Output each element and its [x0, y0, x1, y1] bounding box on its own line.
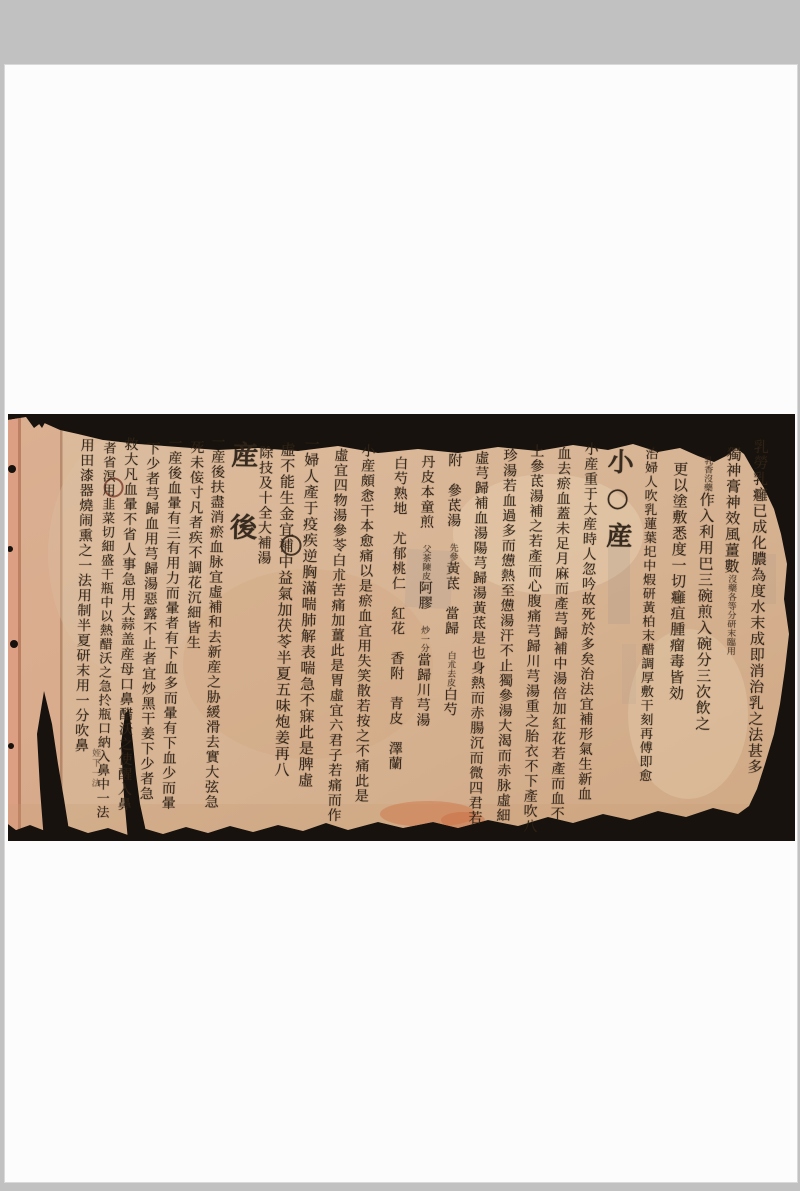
document-page: 乳勞乳癰已成化膿為度水末成即消治乳之法甚多獨神膏神效風薑數沒藥各等分研末臨用乳香… — [4, 64, 798, 1183]
manuscript-text-column: 一婦人產于疫疾逆胸滿喘肺解表喘急不寐此是脾虛 — [297, 436, 320, 788]
manuscript-text-column: 姪下一法 — [89, 748, 99, 788]
manuscript-text-column: 乳勞乳癰已成化膿為度水末成即消治乳之法甚多 — [746, 439, 769, 775]
manuscript-text-column: 小産重于大産時人忽吟故死於多矣治法宜補形氣生新血 — [576, 441, 598, 801]
manuscript-text-column: 死未侫寸凡者疾不調花沉細皆生 — [185, 440, 204, 650]
viewer-background: { "viewer": { "background_color": "#c1c1… — [0, 0, 800, 1191]
manuscript-text-column: 獨神膏神效風薑數沒藥各等分研末臨用 — [722, 446, 742, 655]
manuscript-text-column: 一産後扶盡消瘀血脉宜虛補和去新産之胁緩滑去實大弦急 — [202, 434, 224, 809]
manuscript-text-column: 上參茋湯補之若產而心腹痛芎歸川芎湯重之胎衣不下產吹八 — [521, 443, 544, 833]
manuscript-text-column: 虛宜四物湯參苓白朮苦痛加薑此是胃虛宜六君子若痛而作 — [325, 448, 347, 823]
manuscript-text-column: 血去瘀血蓋未足月麻而產芎歸補中湯倍加紅花若產而血不 — [548, 446, 570, 821]
manuscript-text-column: 救大凡血暈不省人事急用大蒜盖産母口鼻醋沃之使醒入鼻 — [115, 437, 137, 812]
manuscript-text-column: 一産後血暈有三有用力而暈者有下血多而暈有下血少而暈 — [159, 435, 181, 810]
section-header-column: 産 後 — [225, 441, 256, 550]
manuscript-text-column: 小産頗悆干本愈痛以是瘀血宜用失笑散若按之不痛此是 — [353, 443, 375, 803]
manuscript-text-column: 下少者芎歸血用芎歸湯惡露不止者宜炒黑干姜下少者急 — [138, 441, 160, 801]
manuscript-text-column: 乳香沒藥作入利用巴三碗煎入碗分三次飲之 — [694, 456, 715, 732]
text-columns-layer: 乳勞乳癰已成化膿為度水末成即消治乳之法甚多獨神膏神效風薑數沒藥各等分研末臨用乳香… — [8, 414, 795, 841]
manuscript-text-column: 附 參茋湯 先參黃茋 當歸 白朮去皮白芍 — [441, 453, 461, 717]
manuscript-text-column: 治婦人吹乳蓮葉圯中煆研黃柏末醋調厚敷干刻再傅即愈 — [636, 447, 656, 783]
section-header-column: 小○産 — [602, 448, 632, 558]
manuscript-text-column: 更以塗敷悉度一切癰疽腫瘤毒皆効 — [668, 461, 689, 701]
manuscript-text-column: 用田漆器燒闹熏之一法用制半夏研末用一分吹鼻 — [73, 438, 94, 753]
manuscript-text-column: 丹皮本童煎 父茶陳皮阿膠 炒一分當歸川芎湯 — [414, 454, 434, 727]
manuscript-text-column: 虛不能生金宜補中益氣加茯苓半夏五味炮姜再八 — [273, 442, 296, 778]
manuscript-text-column: 白芍熟地 尤郁桃仁 紅花 香附 青皮 澤蘭 — [386, 456, 407, 771]
manuscript-text-column: 虛芎歸補血湯陽芎歸湯黃茋是也身熱而赤腸沉而微四君若 — [466, 450, 488, 825]
manuscript-text-column: 除技及十全大補湯 — [255, 445, 272, 565]
manuscript-text-column: 珍湯若血過多而憊熱至憊湯汗不止獨參湯大渴而赤脉虛細 — [494, 448, 516, 823]
manuscript-scan: 乳勞乳癰已成化膿為度水末成即消治乳之法甚多獨神膏神效風薑數沒藥各等分研末臨用乳香… — [8, 414, 795, 841]
